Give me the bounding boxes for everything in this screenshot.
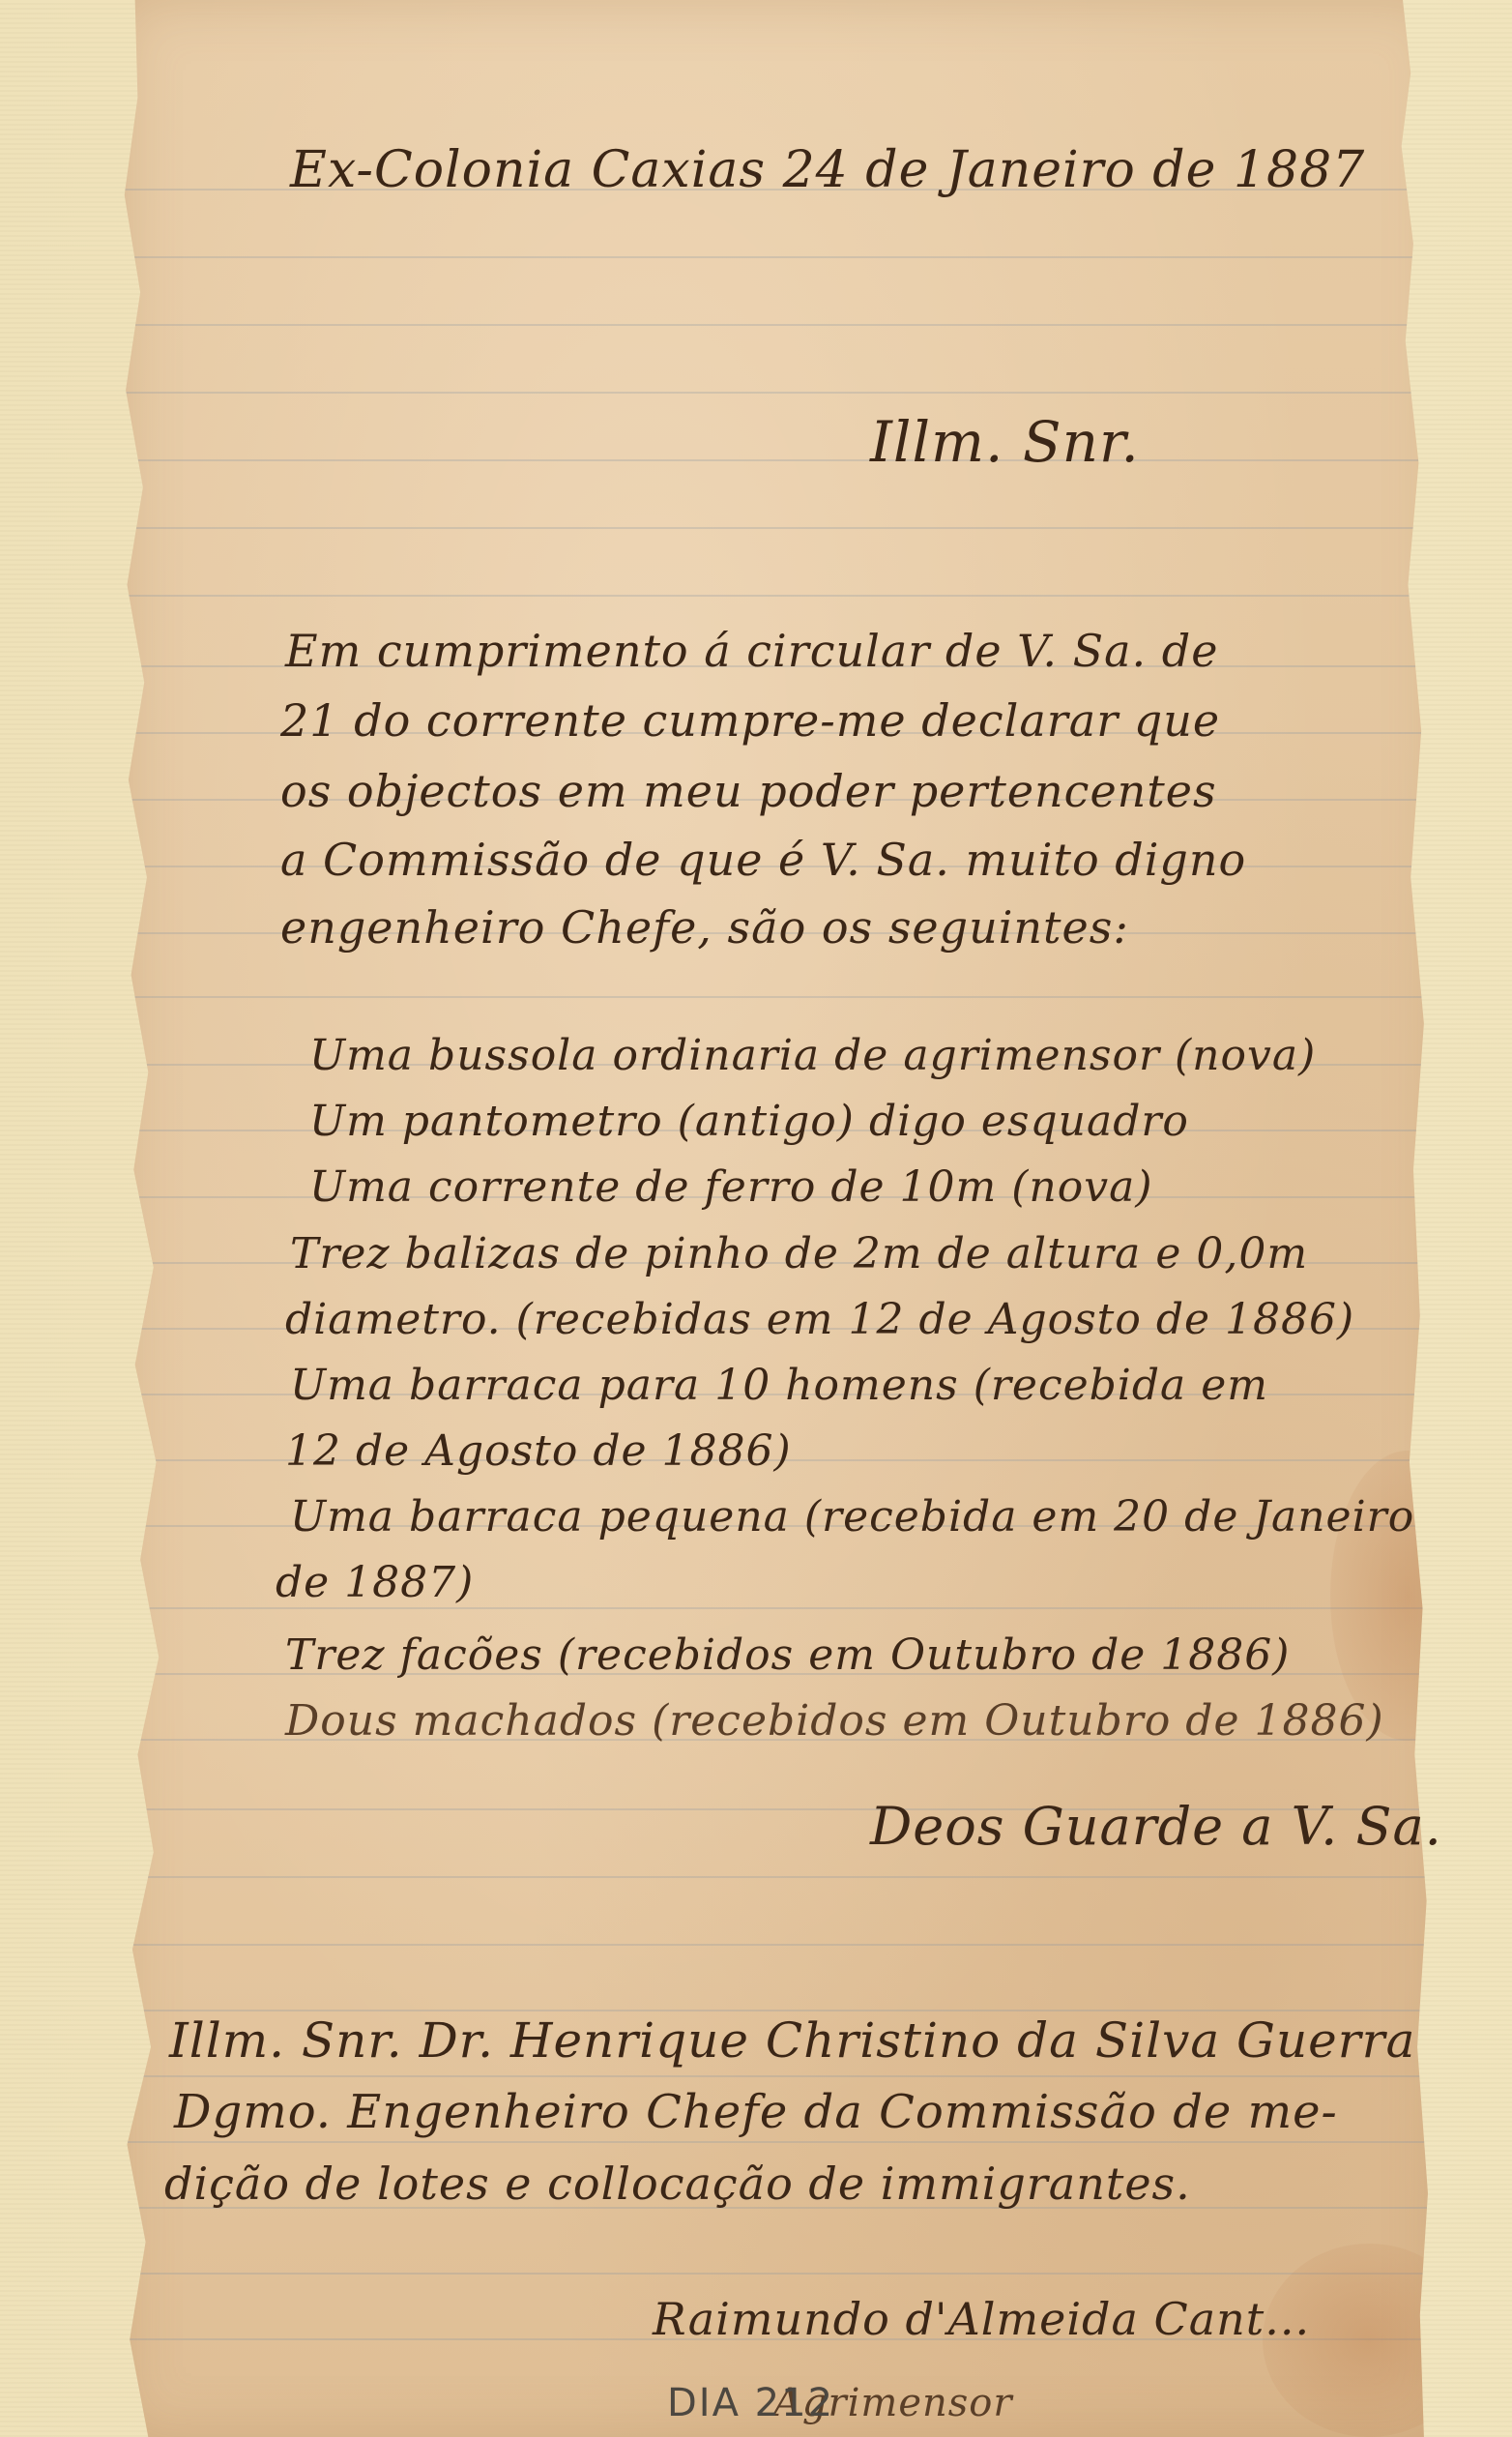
item-line: 12 de Agosto de 1886) [285, 1430, 792, 1473]
rule-line [122, 256, 1442, 258]
signature-name: Raimundo d'Almeida Cant... [653, 2297, 1310, 2341]
archive-stamp: DIA 212 [667, 2381, 834, 2425]
rule-line [122, 1876, 1442, 1878]
rule-line [122, 2075, 1442, 2077]
rule-line [122, 996, 1442, 998]
rule-line [122, 459, 1442, 461]
item-line: diametro. (recebidas em 12 de Agosto de … [285, 1299, 1354, 1341]
addressee-line: Illm. Snr. Dr. Henrique Christino da Sil… [169, 2016, 1415, 2065]
closing: Deos Guarde a V. Sa. [870, 1801, 1442, 1853]
item-line: Trez balizas de pinho de 2m de altura e … [290, 1233, 1308, 1276]
item-line: Uma corrente de ferro de 10m (nova) [309, 1166, 1153, 1209]
salutation: Illm. Snr. [870, 414, 1140, 470]
rule-line [122, 595, 1442, 597]
item-line: Um pantometro (antigo) digo esquadro [309, 1101, 1189, 1143]
item-line: de 1887) [276, 1562, 474, 1604]
item-line: Trez facões (recebidos em Outubro de 188… [285, 1634, 1290, 1677]
body-line: os objectos em meu poder pertencentes [280, 769, 1217, 813]
item-line: Uma barraca para 10 homens (recebida em [290, 1365, 1268, 1407]
rule-line [122, 1607, 1442, 1609]
rule-line [122, 392, 1442, 394]
addressee-line: dição de lotes e collocação de immigrant… [164, 2161, 1191, 2206]
addressee-line: Dgmo. Engenheiro Chefe da Commissão de m… [174, 2089, 1338, 2135]
letter-page [122, 0, 1442, 2437]
rule-line [122, 527, 1442, 529]
item-line: Uma barraca pequena (recebida em 20 de J… [290, 1496, 1414, 1539]
rule-line [122, 2010, 1442, 2011]
item-line: Uma bussola ordinaria de agrimensor (nov… [309, 1035, 1316, 1077]
dateline: Ex-Colonia Caxias 24 de Janeiro de 1887 [290, 145, 1365, 195]
body-line: engenheiro Chefe, são os seguintes: [280, 905, 1129, 950]
rule-line [122, 1944, 1442, 1946]
item-line: Dous machados (recebidos em Outubro de 1… [285, 1700, 1384, 1743]
body-line: 21 do corrente cumpre-me declarar que [280, 698, 1220, 743]
body-line: Em cumprimento á circular de V. Sa. de [285, 629, 1218, 673]
body-line: a Commissão de que é V. Sa. muito digno [280, 837, 1246, 882]
rule-line [122, 324, 1442, 326]
rule-line [122, 2141, 1442, 2143]
rule-line [122, 2273, 1442, 2275]
